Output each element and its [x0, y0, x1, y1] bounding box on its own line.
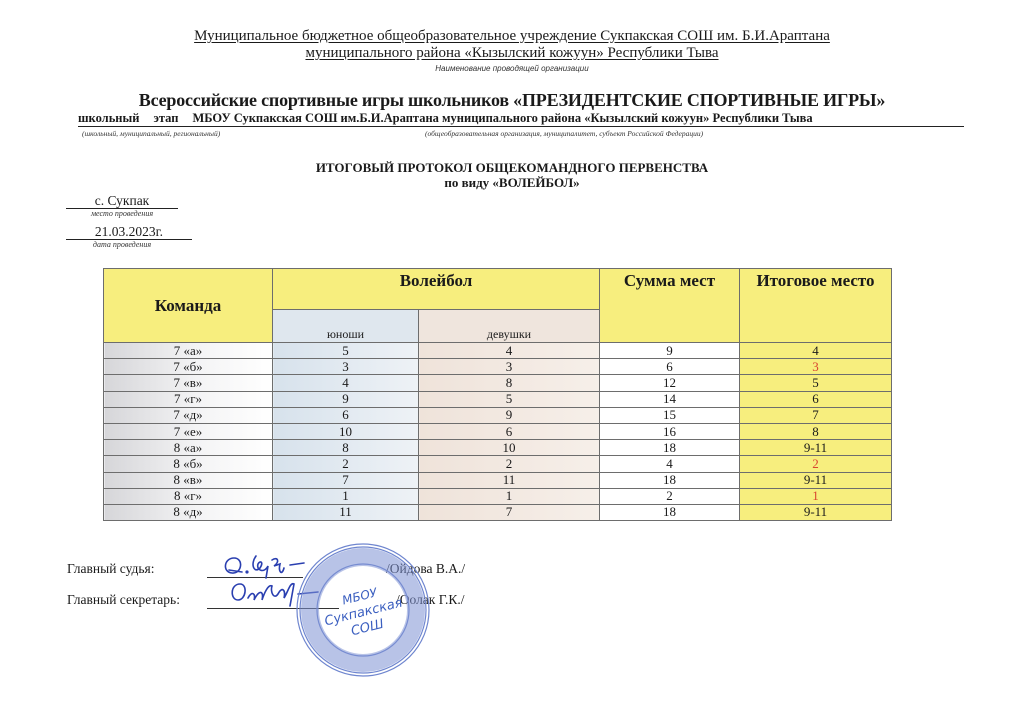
- header-team: Команда: [104, 269, 273, 343]
- stage-caption-left: (школьный, муниципальный, региональный): [82, 129, 220, 138]
- cell-team: 8 «а»: [104, 440, 273, 456]
- cell-boys-place: 4: [273, 375, 419, 391]
- table-row: 7 «д»69157: [104, 407, 892, 423]
- cell-team: 8 «б»: [104, 456, 273, 472]
- school-stamp-icon: МБОУ Сукпакская СОШ: [293, 540, 433, 680]
- cell-sum-of-places: 4: [600, 456, 740, 472]
- cell-boys-place: 11: [273, 504, 419, 520]
- results-body: 7 «а»54947 «б»33637 «в»481257 «г»951467 …: [104, 343, 892, 521]
- cell-boys-place: 5: [273, 343, 419, 359]
- table-row: 7 «г»95146: [104, 391, 892, 407]
- stage-organization: МБОУ Сукпакская СОШ им.Б.И.Араптана муни…: [192, 111, 812, 125]
- cell-girls-place: 4: [419, 343, 600, 359]
- cell-sum-of-places: 18: [600, 440, 740, 456]
- chief-judge-label: Главный судья:: [67, 561, 155, 577]
- table-row: 8 «г»1121: [104, 488, 892, 504]
- organization-name-line1: Муниципальное бюджетное общеобразователь…: [0, 28, 1024, 45]
- table-row: 8 «а»810189-11: [104, 440, 892, 456]
- cell-team: 7 «а»: [104, 343, 273, 359]
- results-table: Команда Волейбол Сумма мест Итоговое мес…: [103, 268, 892, 521]
- cell-final-place: 9-11: [740, 472, 892, 488]
- cell-team: 7 «б»: [104, 359, 273, 375]
- cell-sum-of-places: 18: [600, 472, 740, 488]
- cell-girls-place: 7: [419, 504, 600, 520]
- cell-sum-of-places: 12: [600, 375, 740, 391]
- table-row: 8 «в»711189-11: [104, 472, 892, 488]
- cell-boys-place: 6: [273, 407, 419, 423]
- cell-team: 7 «в»: [104, 375, 273, 391]
- table-row: 7 «б»3363: [104, 359, 892, 375]
- cell-final-place: 8: [740, 423, 892, 439]
- header-girls: девушки: [419, 310, 600, 343]
- chief-secretary-label: Главный секретарь:: [67, 592, 180, 608]
- header-volleyball: Волейбол: [273, 269, 600, 310]
- cell-final-place: 7: [740, 407, 892, 423]
- table-row: 8 «б»2242: [104, 456, 892, 472]
- header-boys: юноши: [273, 310, 419, 343]
- table-row: 7 «е»106168: [104, 423, 892, 439]
- venue-caption: место проведения: [66, 209, 178, 218]
- cell-boys-place: 3: [273, 359, 419, 375]
- cell-sum-of-places: 2: [600, 488, 740, 504]
- cell-girls-place: 3: [419, 359, 600, 375]
- cell-sum-of-places: 15: [600, 407, 740, 423]
- stage-level: школьный: [78, 111, 139, 125]
- cell-final-place: 3: [740, 359, 892, 375]
- header-final-place: Итоговое место: [740, 269, 892, 343]
- cell-team: 7 «е»: [104, 423, 273, 439]
- venue-value: с. Сукпак: [66, 193, 178, 209]
- cell-final-place: 5: [740, 375, 892, 391]
- event-title: Всероссийские спортивные игры школьников…: [0, 90, 1024, 111]
- stage-word: этап: [153, 111, 178, 125]
- cell-boys-place: 9: [273, 391, 419, 407]
- cell-sum-of-places: 14: [600, 391, 740, 407]
- cell-boys-place: 2: [273, 456, 419, 472]
- table-row: 7 «в»48125: [104, 375, 892, 391]
- cell-girls-place: 11: [419, 472, 600, 488]
- organization-name-line2: муниципального района «Кызылский кожуун»…: [0, 45, 1024, 62]
- cell-team: 8 «г»: [104, 488, 273, 504]
- cell-girls-place: 1: [419, 488, 600, 504]
- header-sum-of-places: Сумма мест: [600, 269, 740, 343]
- cell-team: 7 «д»: [104, 407, 273, 423]
- cell-girls-place: 8: [419, 375, 600, 391]
- cell-girls-place: 6: [419, 423, 600, 439]
- cell-boys-place: 7: [273, 472, 419, 488]
- protocol-subtitle: по виду «ВОЛЕЙБОЛ»: [0, 175, 1024, 191]
- cell-sum-of-places: 6: [600, 359, 740, 375]
- cell-girls-place: 5: [419, 391, 600, 407]
- stage-line: школьныйэтапМБОУ Сукпакская СОШ им.Б.И.А…: [78, 111, 964, 127]
- table-row: 7 «а»5494: [104, 343, 892, 359]
- cell-sum-of-places: 9: [600, 343, 740, 359]
- cell-final-place: 4: [740, 343, 892, 359]
- cell-final-place: 1: [740, 488, 892, 504]
- cell-team: 8 «в»: [104, 472, 273, 488]
- cell-final-place: 9-11: [740, 440, 892, 456]
- cell-boys-place: 8: [273, 440, 419, 456]
- cell-sum-of-places: 18: [600, 504, 740, 520]
- date-caption: дата проведения: [66, 240, 178, 249]
- cell-boys-place: 10: [273, 423, 419, 439]
- protocol-title: ИТОГОВЫЙ ПРОТОКОЛ ОБЩЕКОМАНДНОГО ПЕРВЕНС…: [0, 160, 1024, 176]
- organization-caption: Наименование проводящей организации: [0, 64, 1024, 73]
- cell-boys-place: 1: [273, 488, 419, 504]
- cell-team: 8 «д»: [104, 504, 273, 520]
- table-row: 8 «д»117189-11: [104, 504, 892, 520]
- cell-girls-place: 10: [419, 440, 600, 456]
- cell-sum-of-places: 16: [600, 423, 740, 439]
- cell-final-place: 2: [740, 456, 892, 472]
- date-value: 21.03.2023г.: [66, 224, 192, 240]
- cell-girls-place: 2: [419, 456, 600, 472]
- stage-caption-right: (общеобразовательная организация, муници…: [425, 129, 703, 138]
- cell-girls-place: 9: [419, 407, 600, 423]
- cell-final-place: 6: [740, 391, 892, 407]
- cell-team: 7 «г»: [104, 391, 273, 407]
- cell-final-place: 9-11: [740, 504, 892, 520]
